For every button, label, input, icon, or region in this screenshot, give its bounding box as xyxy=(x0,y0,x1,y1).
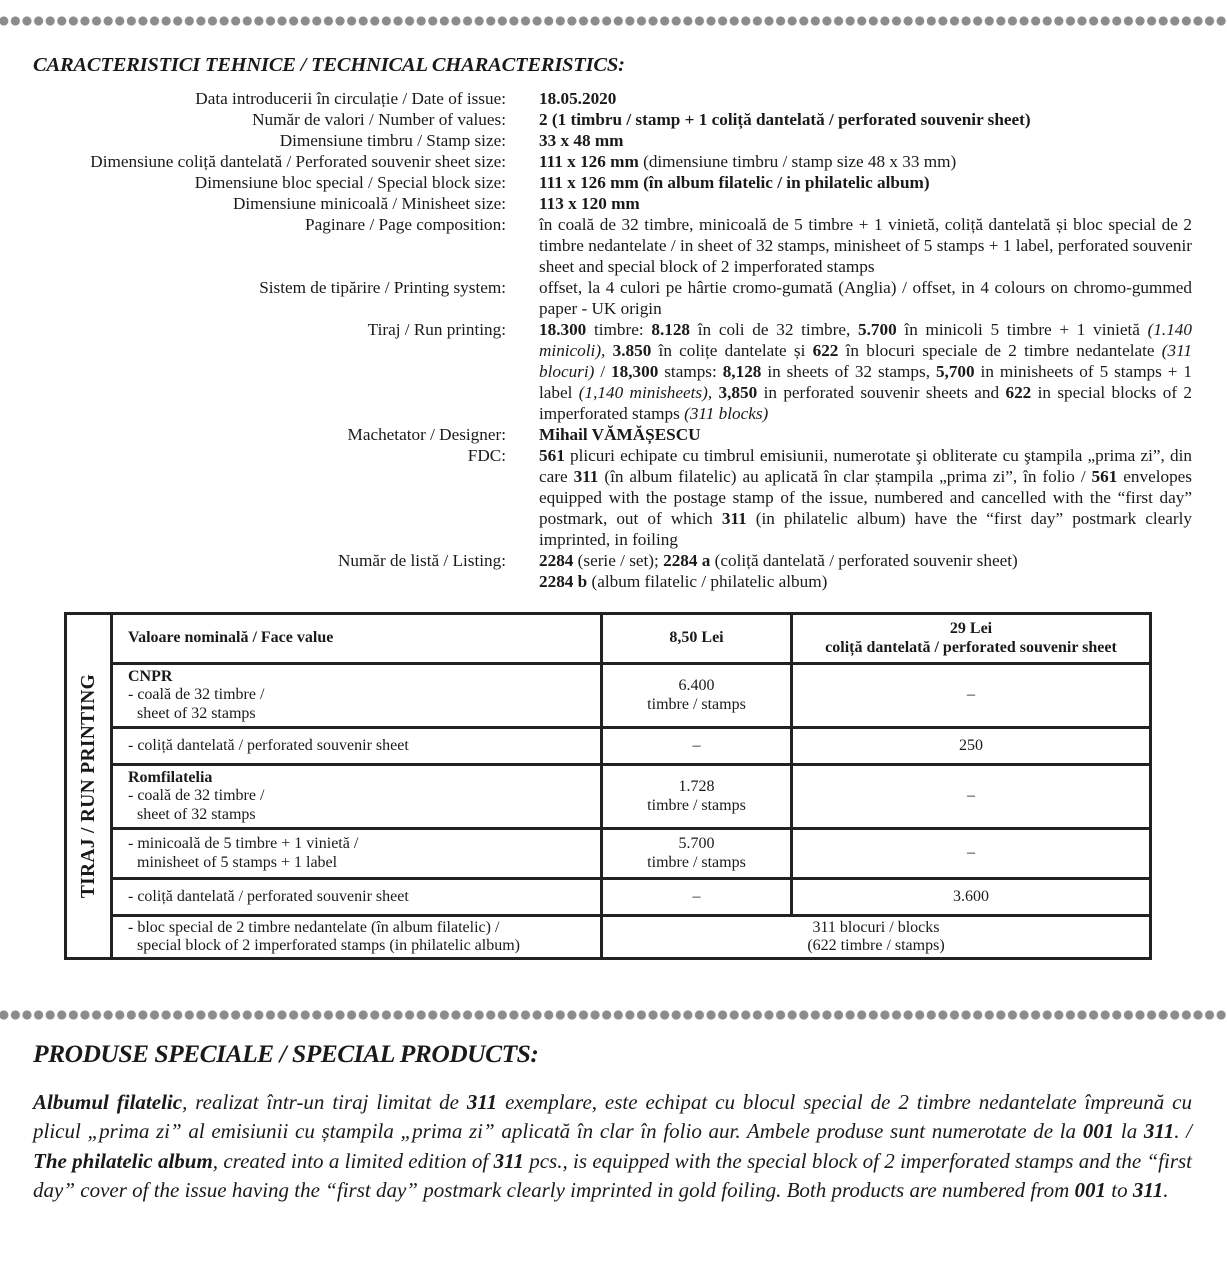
spec-value: 113 x 120 mm xyxy=(539,193,1192,214)
spec-row-special-block-size: Dimensiune bloc special / Special block … xyxy=(0,172,1227,193)
desc-line: - coală de 32 timbre / xyxy=(128,686,588,705)
spec-row-number-of-values: Număr de valori / Number of values: 2 (1… xyxy=(0,109,1227,130)
dotted-divider-middle xyxy=(0,1010,1227,1020)
spec-value: 561 plicuri echipate cu timbrul emisiuni… xyxy=(539,445,1192,550)
spec-value: 2 (1 timbru / stamp + 1 coliță dantelată… xyxy=(539,109,1192,130)
spec-value: în coală de 32 timbre, minicoală de 5 ti… xyxy=(539,214,1192,277)
special-products-paragraph: Albumul filatelic, realizat într-un tira… xyxy=(33,1088,1192,1205)
spec-row-run-printing: Tiraj / Run printing: 18.300 timbre: 8.1… xyxy=(0,319,1227,424)
spec-label: Paginare / Page composition: xyxy=(0,214,506,277)
table-row: - coliță dantelată / perforated souvenir… xyxy=(113,728,1149,765)
value-29-cell: 3.600 xyxy=(792,879,1150,916)
spec-row-listing: Număr de listă / Listing: 2284 (serie / … xyxy=(0,550,1227,592)
row-description: Romfilatelia - coală de 32 timbre / shee… xyxy=(113,765,602,829)
cell-line: 1.728 xyxy=(615,778,778,797)
spec-label: Data introducerii în circulație / Date o… xyxy=(0,88,506,109)
spec-value: 2284 (serie / set); 2284 a (coliță dante… xyxy=(539,550,1192,592)
row-description: - minicoală de 5 timbre + 1 vinietă / mi… xyxy=(113,829,602,879)
run-printing-grid: Valoare nominală / Face value 8,50 Lei 2… xyxy=(113,615,1149,957)
desc-line: - coală de 32 timbre / xyxy=(128,787,588,806)
value-29-cell: – xyxy=(792,829,1150,879)
technical-spec-list: Data introducerii în circulație / Date o… xyxy=(0,88,1227,592)
spec-value: 18.05.2020 xyxy=(539,88,1192,109)
desc-line: minisheet of 5 stamps + 1 label xyxy=(128,854,588,873)
run-printing-table: TIRAJ / RUN PRINTING Valoare nominală / … xyxy=(64,612,1152,960)
value-850-cell: 5.700 timbre / stamps xyxy=(602,829,792,879)
table-row: - bloc special de 2 timbre nedantelate (… xyxy=(113,916,1149,958)
row-description: - coliță dantelată / perforated souvenir… xyxy=(113,728,602,765)
spec-value: 111 x 126 mm (dimensiune timbru / stamp … xyxy=(539,151,1192,172)
cell-line: 5.700 xyxy=(615,835,778,854)
spec-row-minisheet-size: Dimensiune minicoală / Minisheet size: 1… xyxy=(0,193,1227,214)
value-850-cell: – xyxy=(602,879,792,916)
spec-label: Machetator / Designer: xyxy=(0,424,506,445)
cell-line: (622 timbre / stamps) xyxy=(615,937,1137,956)
value-29-cell: – xyxy=(792,664,1150,728)
spec-row-printing-system: Sistem de tipărire / Printing system: of… xyxy=(0,277,1227,319)
group-name: CNPR xyxy=(128,668,172,685)
row-description: CNPR - coală de 32 timbre / sheet of 32 … xyxy=(113,664,602,728)
run-printing-side-label: TIRAJ / RUN PRINTING xyxy=(67,615,113,957)
spec-label: FDC: xyxy=(0,445,506,550)
desc-line: special block of 2 imperforated stamps (… xyxy=(128,937,588,956)
value-29-header: 29 Lei coliță dantelată / perforated sou… xyxy=(792,615,1150,664)
cell-line: timbre / stamps xyxy=(615,797,778,816)
spec-label: Dimensiune coliță dantelată / Perforated… xyxy=(0,151,506,172)
value-850-cell: – xyxy=(602,728,792,765)
desc-line: sheet of 32 stamps xyxy=(128,806,588,825)
special-products-title: PRODUSE SPECIALE / SPECIAL PRODUCTS: xyxy=(33,1039,538,1069)
table-row: CNPR - coală de 32 timbre / sheet of 32 … xyxy=(113,664,1149,728)
spec-row-date-of-issue: Data introducerii în circulație / Date o… xyxy=(0,88,1227,109)
value-850-cell: 6.400 timbre / stamps xyxy=(602,664,792,728)
spec-value: offset, la 4 culori pe hârtie cromo-guma… xyxy=(539,277,1192,319)
spec-label: Sistem de tipărire / Printing system: xyxy=(0,277,506,319)
spec-label: Dimensiune bloc special / Special block … xyxy=(0,172,506,193)
spec-value: 18.300 timbre: 8.128 în coli de 32 timbr… xyxy=(539,319,1192,424)
spec-value: 111 x 126 mm (în album filatelic / in ph… xyxy=(539,172,1192,193)
group-name: Romfilatelia xyxy=(128,769,212,786)
table-row: Romfilatelia - coală de 32 timbre / shee… xyxy=(113,765,1149,829)
value-29-cell: – xyxy=(792,765,1150,829)
header-line: 29 Lei xyxy=(805,620,1137,639)
listing-line: 2284 b (album filatelic / philatelic alb… xyxy=(539,571,1192,592)
table-row: - coliță dantelată / perforated souvenir… xyxy=(113,879,1149,916)
table-row: - minicoală de 5 timbre + 1 vinietă / mi… xyxy=(113,829,1149,879)
spec-row-fdc: FDC: 561 plicuri echipate cu timbrul emi… xyxy=(0,445,1227,550)
row-description: - bloc special de 2 timbre nedantelate (… xyxy=(113,916,602,958)
listing-line: 2284 (serie / set); 2284 a (coliță dante… xyxy=(539,550,1192,571)
dotted-divider-top xyxy=(0,16,1227,26)
spec-label: Dimensiune minicoală / Minisheet size: xyxy=(0,193,506,214)
side-label-text: TIRAJ / RUN PRINTING xyxy=(78,674,100,898)
face-value-header: Valoare nominală / Face value xyxy=(113,615,602,664)
desc-line: - minicoală de 5 timbre + 1 vinietă / xyxy=(128,835,588,854)
value-850-cell: 1.728 timbre / stamps xyxy=(602,765,792,829)
spec-row-stamp-size: Dimensiune timbru / Stamp size: 33 x 48 … xyxy=(0,130,1227,151)
table-header-row: Valoare nominală / Face value 8,50 Lei 2… xyxy=(113,615,1149,664)
cell-line: 6.400 xyxy=(615,677,778,696)
value-29-cell: 250 xyxy=(792,728,1150,765)
spec-row-souvenir-sheet-size: Dimensiune coliță dantelată / Perforated… xyxy=(0,151,1227,172)
technical-characteristics-title: CARACTERISTICI TEHNICE / TECHNICAL CHARA… xyxy=(33,54,625,77)
spec-label: Dimensiune timbru / Stamp size: xyxy=(0,130,506,151)
spec-label: Număr de listă / Listing: xyxy=(0,550,506,592)
merged-value-cell: 311 blocuri / blocks (622 timbre / stamp… xyxy=(602,916,1150,958)
cell-line: 311 blocuri / blocks xyxy=(615,919,1137,938)
cell-line: timbre / stamps xyxy=(615,696,778,715)
header-line: coliță dantelată / perforated souvenir s… xyxy=(805,639,1137,658)
row-description: - coliță dantelată / perforated souvenir… xyxy=(113,879,602,916)
spec-value-bold: 111 x 126 mm xyxy=(539,152,639,171)
spec-value: Mihail VĂMĂȘESCU xyxy=(539,424,1192,445)
spec-value: 33 x 48 mm xyxy=(539,130,1192,151)
desc-line: - bloc special de 2 timbre nedantelate (… xyxy=(128,919,588,938)
spec-label: Număr de valori / Number of values: xyxy=(0,109,506,130)
spec-row-designer: Machetator / Designer: Mihail VĂMĂȘESCU xyxy=(0,424,1227,445)
spec-value-rest: (dimensiune timbru / stamp size 48 x 33 … xyxy=(639,152,956,171)
spec-label: Tiraj / Run printing: xyxy=(0,319,506,424)
spec-row-page-composition: Paginare / Page composition: în coală de… xyxy=(0,214,1227,277)
value-850-header: 8,50 Lei xyxy=(602,615,792,664)
desc-line: sheet of 32 stamps xyxy=(128,705,588,724)
cell-line: timbre / stamps xyxy=(615,854,778,873)
